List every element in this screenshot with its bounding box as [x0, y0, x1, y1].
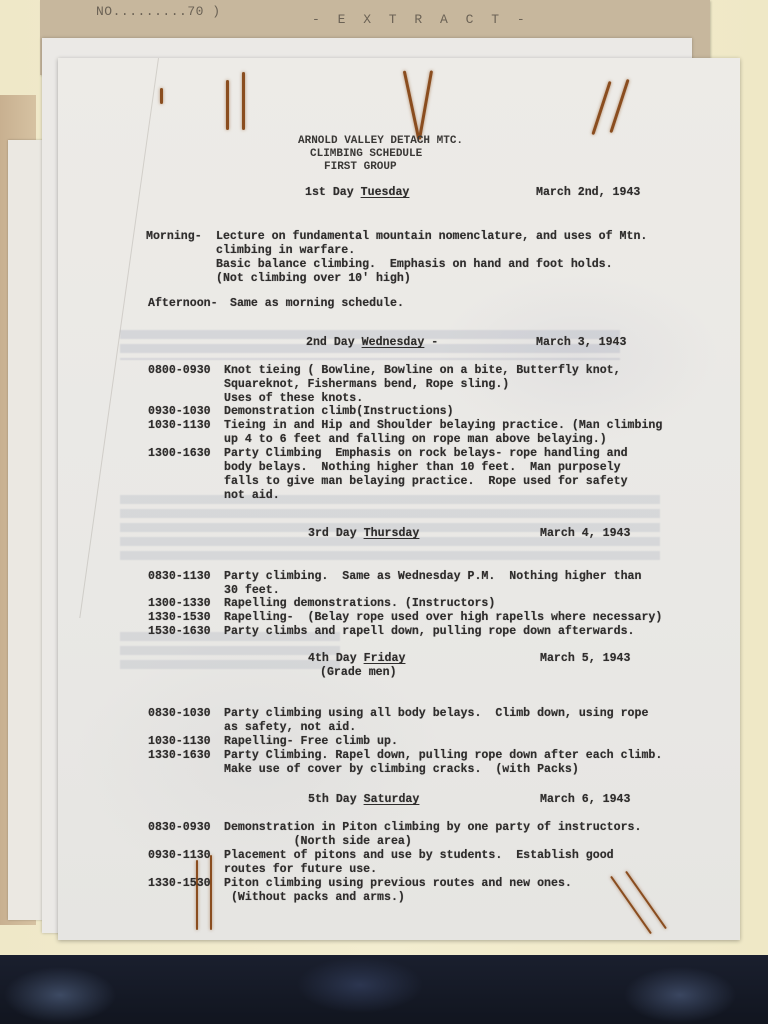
entry-time: 1030-1130	[148, 735, 211, 749]
entry-time: 0930-1030	[148, 405, 211, 419]
entry-time: 1300-1630	[148, 447, 211, 461]
day-note: (Grade men)	[320, 666, 397, 680]
day-heading: 5th Day Saturday	[308, 793, 419, 807]
staple-mark-icon	[226, 80, 229, 130]
entry-time: 0800-0930	[148, 364, 211, 378]
entry-time: Afternoon-	[148, 297, 218, 311]
weekday: Wednesday	[362, 336, 425, 349]
entry-time: 0830-1130	[148, 570, 211, 584]
day-date: March 3, 1943	[536, 336, 626, 350]
day-heading: 3rd Day Thursday	[308, 527, 419, 541]
entry-time: 0830-1030	[148, 707, 211, 721]
entry-time: 1330-1530	[148, 611, 211, 625]
day-heading: 4th Day Friday	[308, 652, 405, 666]
day-date: March 5, 1943	[540, 652, 630, 666]
day-heading: 2nd Day Wednesday -	[306, 336, 438, 350]
carpet-background	[0, 955, 768, 1024]
staple-mark-icon	[242, 72, 245, 130]
entry-time: 1330-1630	[148, 749, 211, 763]
entry-time: 0830-0930	[148, 821, 211, 835]
weekday: Saturday	[364, 793, 420, 806]
weekday: Thursday	[364, 527, 420, 540]
day-date: March 2nd, 1943	[536, 186, 640, 200]
weekday: Friday	[364, 652, 406, 665]
weekday: Tuesday	[361, 186, 410, 199]
entry-time: Morning-	[146, 230, 202, 244]
entry-time: 1030-1130	[148, 419, 211, 433]
staple-mark-icon	[196, 860, 198, 930]
group-title: FIRST GROUP	[324, 161, 397, 173]
entry-time: 1300-1330	[148, 597, 211, 611]
extract-title: - E X T R A C T -	[312, 12, 530, 27]
day-date: March 6, 1943	[540, 793, 630, 807]
entry-time: 1330-1530	[148, 877, 211, 891]
day-date: March 4, 1943	[540, 527, 630, 541]
unit-title: ARNOLD VALLEY DETACH MTC.	[298, 135, 463, 147]
entry-time: 1530-1630	[148, 625, 211, 639]
schedule-title: CLIMBING SCHEDULE	[310, 148, 422, 160]
extract-number: NO.........70 )	[96, 4, 221, 19]
entry-time: 0930-1130	[148, 849, 211, 863]
staple-mark-icon	[160, 88, 163, 104]
day-heading: 1st Day Tuesday	[305, 186, 409, 200]
staple-mark-icon	[210, 855, 212, 930]
